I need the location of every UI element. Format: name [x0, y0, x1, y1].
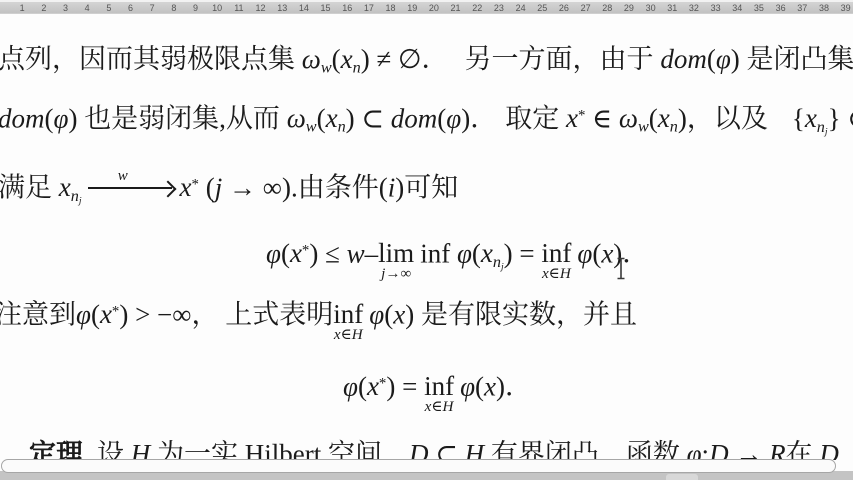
ruler-number: 39 [841, 2, 851, 13]
text-line-1[interactable]: 点列，因而其弱极限点集 ωw(xn) ≠ ∅．另一方面，由于 dom(φ) 是闭… [0, 39, 853, 83]
ruler-number: 20 [429, 2, 439, 13]
ruler-number: 33 [711, 2, 721, 13]
ruler-number: 17 [364, 2, 374, 13]
ruler-number: 7 [150, 2, 155, 13]
ruler-number: 29 [624, 2, 634, 13]
ruler-number: 30 [646, 2, 656, 13]
text-cursor-ibeam [615, 257, 627, 280]
ruler-number: 24 [516, 2, 526, 13]
ruler-number: 31 [667, 2, 677, 13]
ruler-number: 4 [85, 2, 90, 13]
ruler-number: 12 [256, 2, 266, 13]
ruler-number: 23 [494, 2, 504, 13]
ruler-number: 13 [277, 2, 287, 13]
ruler-number: 38 [819, 2, 829, 13]
ruler-number: 18 [386, 2, 396, 13]
ruler-number: 35 [754, 2, 764, 13]
text-line-3[interactable]: 满足 xnjwx* (j → ∞).由条件(i)可知 [0, 165, 458, 209]
ruler-number: 10 [212, 2, 222, 13]
ruler-number: 22 [472, 2, 482, 13]
ruler-number: 5 [106, 2, 111, 13]
ruler-number: 3 [63, 2, 68, 13]
ruler-number: 26 [559, 2, 569, 13]
ruler-number: 11 [234, 2, 243, 13]
ruler-number: 25 [537, 2, 547, 13]
ruler-number: 9 [193, 2, 198, 13]
theorem-line[interactable]: 定理设 H 为一实 Hilbert 空间，D ⊂ H 有界闭凸，函数 φ:D →… [29, 434, 853, 460]
ruler-number: 34 [732, 2, 742, 13]
document-page[interactable]: 点列，因而其弱极限点集 ωw(xn) ≠ ∅．另一方面，由于 dom(φ) 是闭… [0, 14, 853, 460]
document-window: 1234567891011121314151617181920212223242… [0, 0, 853, 480]
ruler-number: 27 [581, 2, 591, 13]
ruler-number: 15 [321, 2, 331, 13]
ruler-number: 28 [602, 2, 612, 13]
horizontal-ruler[interactable]: 1234567891011121314151617181920212223242… [0, 2, 853, 14]
taskbar-peek-handle [666, 474, 698, 480]
text-line-2[interactable]: dom(φ) 也是弱闭集,从而 ωw(xn) ⊂ dom(φ)．取定 x* ∈ … [0, 96, 853, 140]
ruler-number: 8 [171, 2, 176, 13]
ruler-number: 21 [451, 2, 461, 13]
ruler-number: 2 [41, 2, 46, 13]
ruler-number: 14 [299, 2, 309, 13]
ruler-number: 36 [776, 2, 786, 13]
weak-convergence-arrow: w [88, 187, 172, 189]
horizontal-scrollbar-thumb[interactable] [1, 459, 836, 473]
ruler-number: 16 [342, 2, 352, 13]
ruler-number: 19 [407, 2, 417, 13]
display-formula-1[interactable]: φ(x*) ≤ w–limj→∞inf φ(xnj) = infx∈Hφ(x)． [266, 231, 649, 275]
ruler-number: 32 [689, 2, 699, 13]
ruler-number: 1 [20, 2, 25, 13]
ruler-number: 6 [128, 2, 133, 13]
ruler-number: 37 [797, 2, 807, 13]
text-line-5[interactable]: 注意到φ(x*) > −∞， 上式表明infx∈Hφ(x) 是有限实数，并且 [0, 292, 637, 336]
display-formula-2[interactable]: φ(x*) = infx∈Hφ(x)． [343, 364, 532, 408]
